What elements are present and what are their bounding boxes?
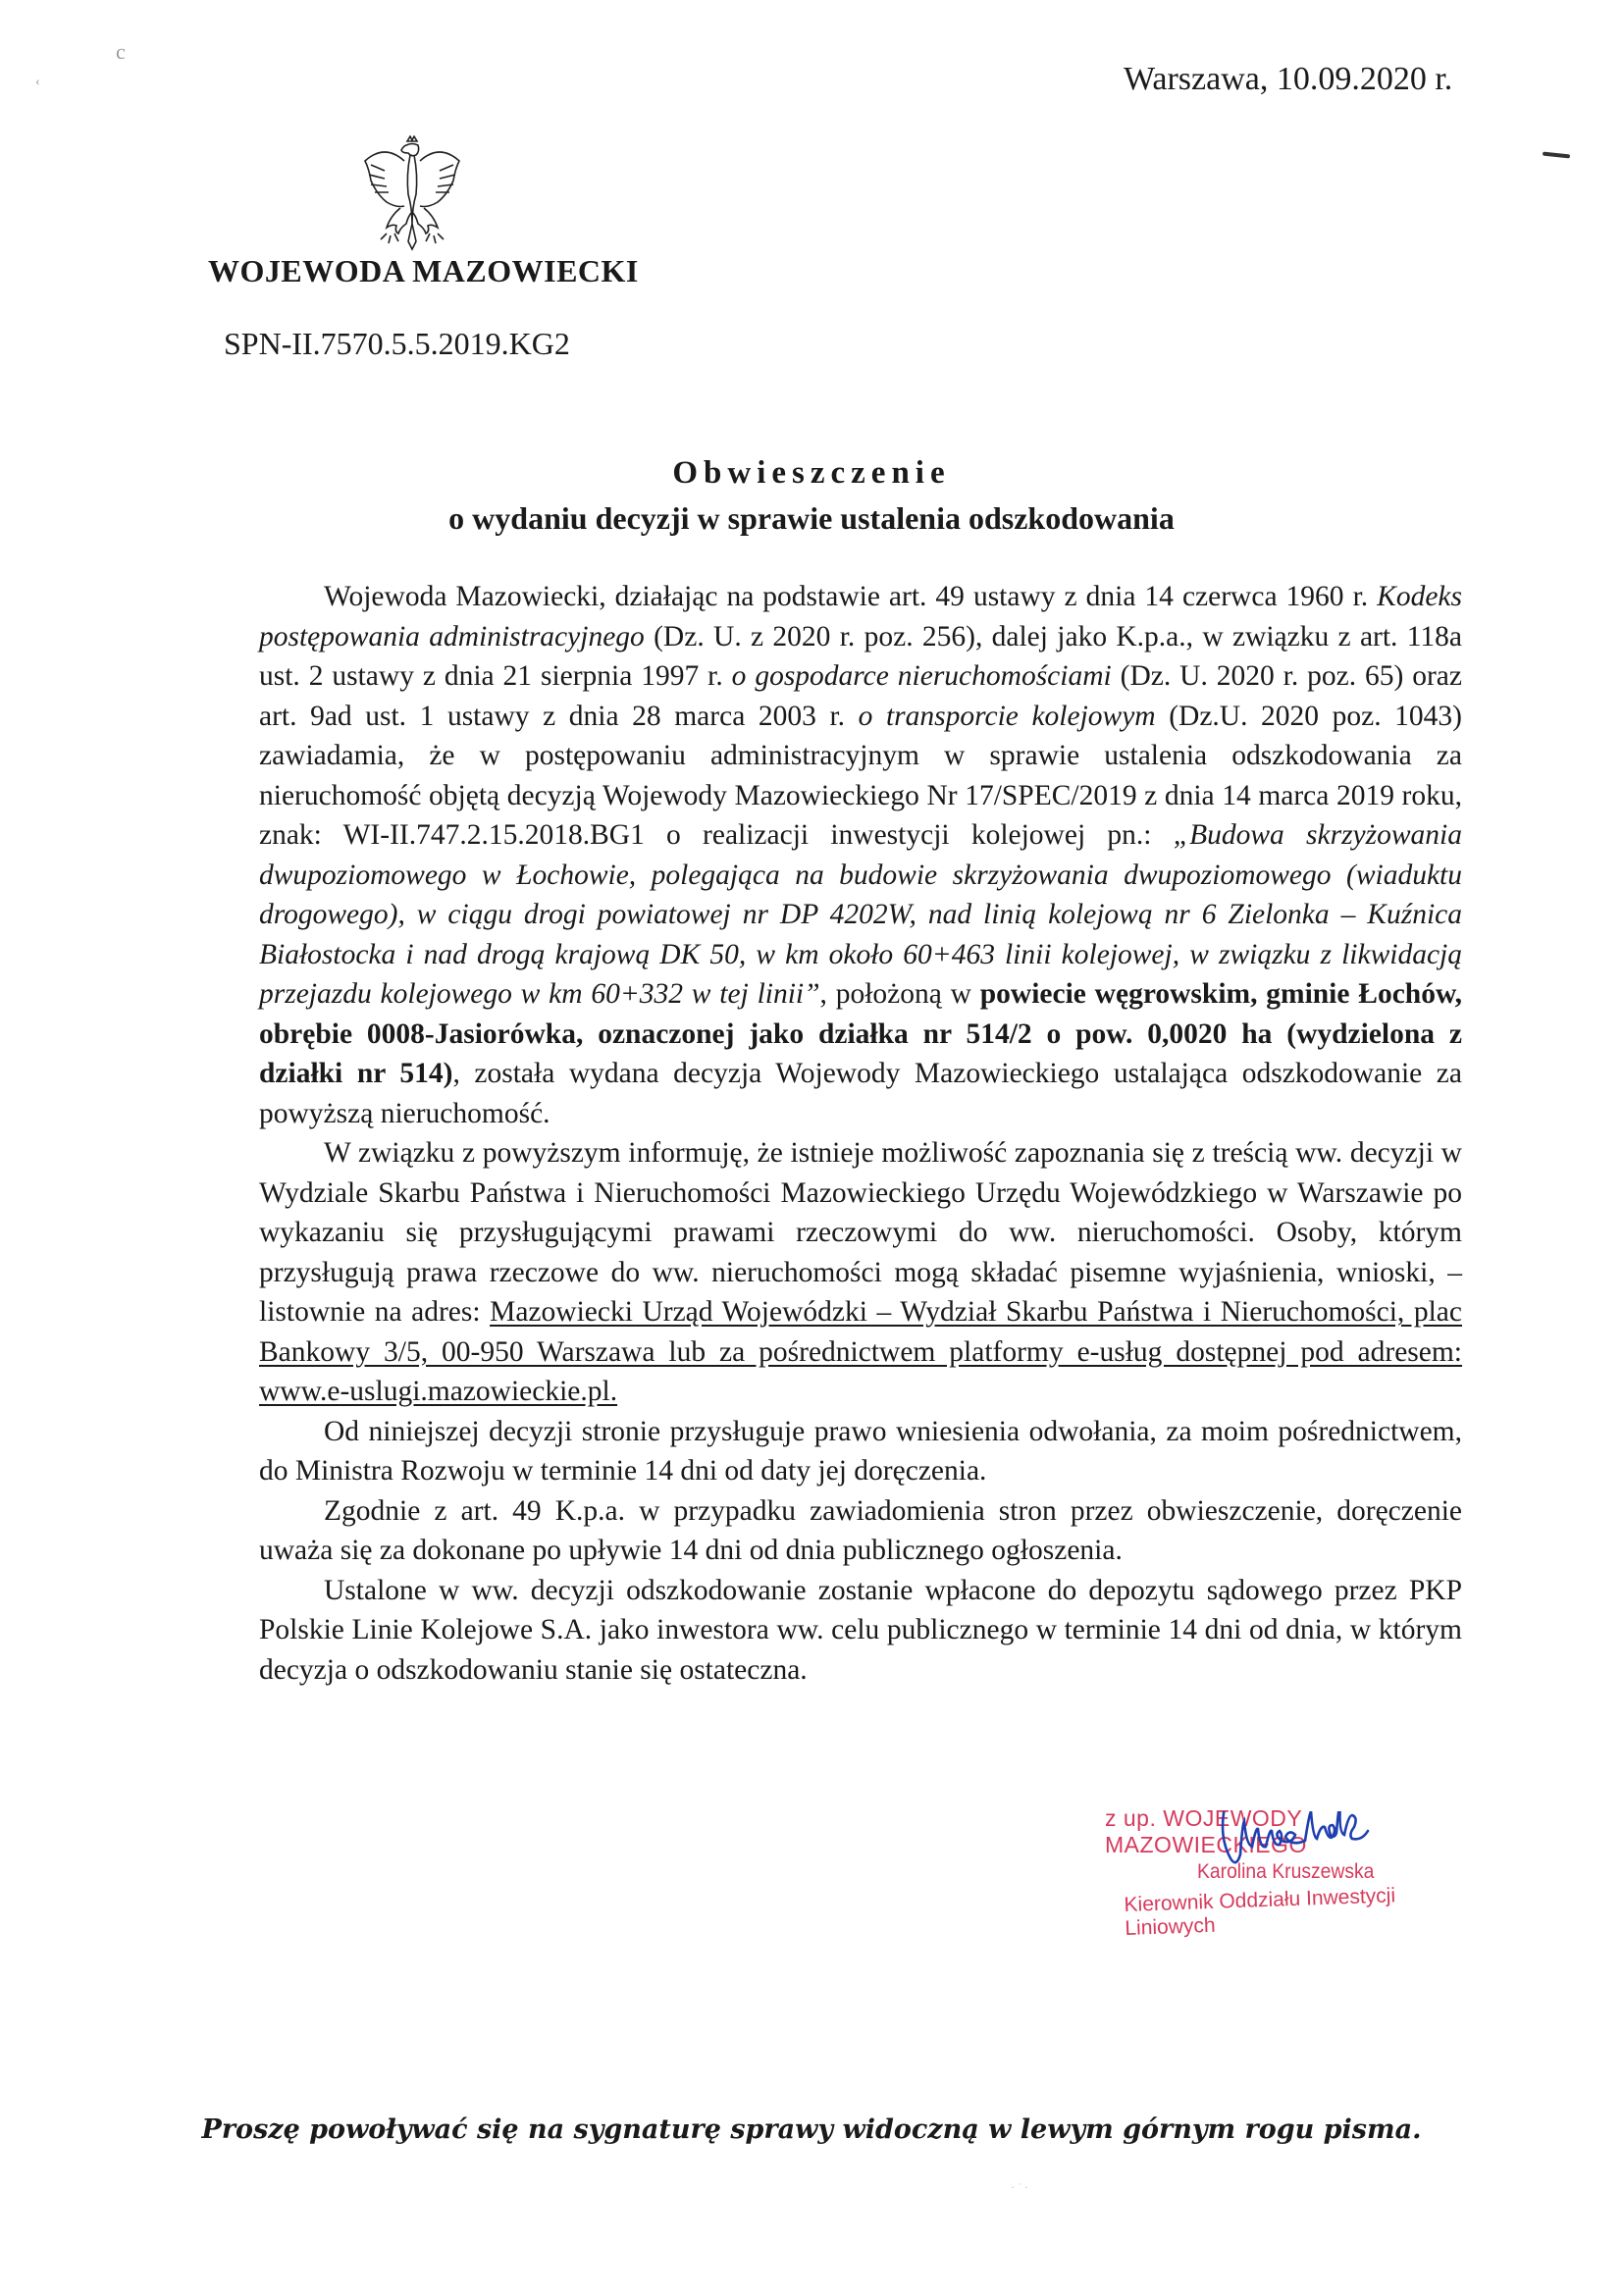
- signatory-position: Kierownik Oddziału Inwestycji Liniowych: [1124, 1881, 1480, 1941]
- paragraph-2: W związku z powyższym informuję, że istn…: [259, 1133, 1462, 1412]
- text: Wojewoda Mazowiecki, działając na podsta…: [324, 581, 1377, 612]
- polish-eagle-emblem-icon: [361, 135, 463, 251]
- footer-note: Proszę powoływać się na sygnaturę sprawy…: [0, 2114, 1623, 2145]
- scan-artifact: · ˙ ·: [1011, 2180, 1028, 2195]
- scan-artifact: ‹: [35, 75, 40, 90]
- case-reference: SPN-II.7570.5.5.2019.KG2: [224, 326, 570, 362]
- place-date: Warszawa, 10.09.2020 r.: [1124, 61, 1452, 98]
- text: , położoną w: [820, 978, 980, 1010]
- act-title: o transporcie kolejowym: [859, 701, 1156, 732]
- issuing-authority: WOJEWODA MAZOWIECKI: [208, 253, 639, 289]
- paragraph-1: Wojewoda Mazowiecki, działając na podsta…: [259, 577, 1462, 1133]
- act-title: o gospodarce nieruchomościami: [732, 660, 1112, 692]
- document-subtitle: o wydaniu decyzji w sprawie ustalenia od…: [0, 500, 1623, 537]
- paragraph-3: Od niniejszej decyzji stronie przysługuj…: [259, 1412, 1462, 1491]
- document-title: Obwieszczenie: [0, 455, 1623, 492]
- paragraph-5: Ustalone w ww. decyzji odszkodowanie zos…: [259, 1571, 1462, 1691]
- official-stamp: z up. WOJEWODY MAZOWIECKIEGO Karolina Kr…: [1087, 1805, 1480, 1933]
- scan-artifact: c: [116, 39, 126, 65]
- signatory-name: Karolina Kruszewska: [1197, 1860, 1374, 1884]
- document-body: Wojewoda Mazowiecki, działając na podsta…: [259, 577, 1462, 1690]
- scan-artifact: [1543, 152, 1570, 159]
- paragraph-4: Zgodnie z art. 49 K.p.a. w przypadku zaw…: [259, 1491, 1462, 1571]
